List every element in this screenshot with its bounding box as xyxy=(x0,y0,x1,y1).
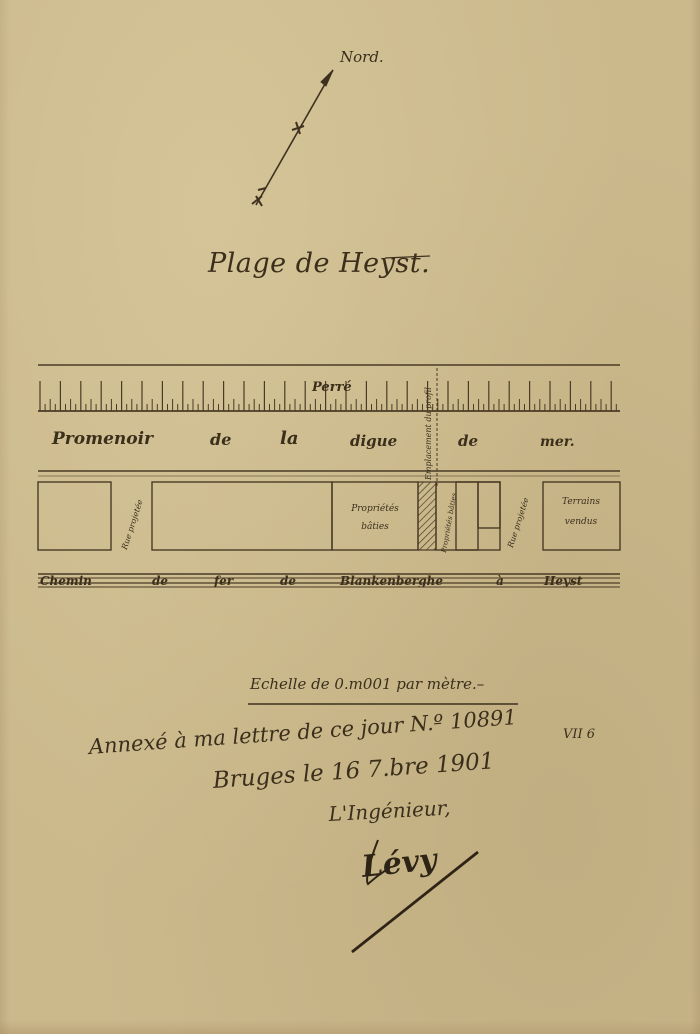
block-label: Propriétés bâties xyxy=(340,500,410,536)
railway-word: de xyxy=(280,574,296,588)
railway-word: Heyst xyxy=(544,574,582,588)
scale-label: Echelle de 0.m001 par mètre.– xyxy=(250,675,484,693)
hatched-plot xyxy=(418,482,436,550)
promenade-word: Promenoir xyxy=(52,429,153,449)
promenade-word: de xyxy=(210,430,231,449)
annotation-ref: VII 6 xyxy=(563,727,595,742)
block-label: Terrains vendus xyxy=(548,492,614,532)
north-label: Nord. xyxy=(340,48,384,66)
railway-word: Blankenberghe xyxy=(340,574,443,588)
promenade-word: la xyxy=(280,428,299,449)
north-arrow-icon xyxy=(252,70,333,206)
page-title: Plage de Heyst. xyxy=(208,248,430,279)
perre-label: Perré xyxy=(312,380,352,395)
railway-word: de xyxy=(152,574,168,588)
railway-word: fer xyxy=(214,574,233,588)
railway-word: à xyxy=(496,574,504,588)
cross-section-label: Emplacement du profil xyxy=(424,400,433,480)
promenade-word: digue xyxy=(350,432,397,450)
promenade-word: de xyxy=(458,432,478,450)
promenade-word: mer. xyxy=(540,434,575,450)
railway-word: Chemin xyxy=(40,574,92,588)
